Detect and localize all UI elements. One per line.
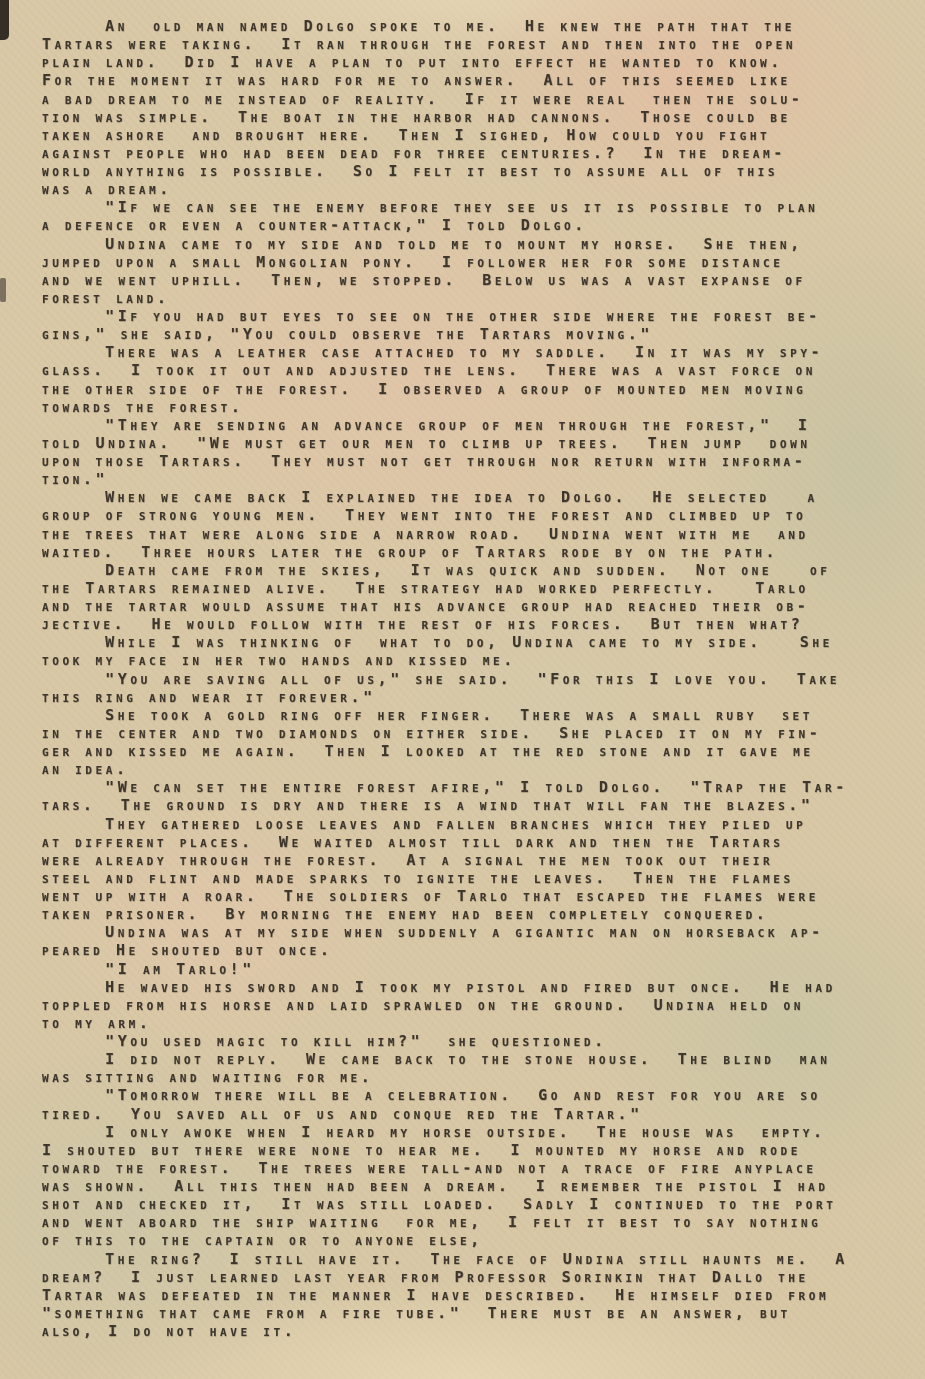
text-line: ger and kissed me again. Then I looked a… [42, 742, 912, 760]
text-line: and the tartar would assume that his adv… [42, 597, 912, 615]
text-line: She took a gold ring off her finger. The… [42, 706, 912, 724]
text-line: tion was simple. The boat in the harbor … [42, 108, 912, 126]
text-line: toppled from his horse and laid sprawled… [42, 996, 912, 1014]
text-line: also, I do not have it. [42, 1322, 912, 1340]
text-line: an idea. [42, 760, 912, 778]
text-line: world anything is possible. So I felt it… [42, 162, 912, 180]
text-line: was a dream. [42, 180, 912, 198]
text-line: "Tomorrow there will be a celebration. G… [42, 1086, 912, 1104]
text-line: tired. You saved all of us and conque re… [42, 1105, 912, 1123]
text-line: tars. The ground is dry and there is a w… [42, 796, 912, 814]
text-line: dream? I just learned last year from Pro… [42, 1268, 912, 1286]
text-line: I shouted but there were none to hear me… [42, 1141, 912, 1159]
text-line: told Undina. "We must get our men to cli… [42, 434, 912, 452]
text-line: peared He shouted but once. [42, 941, 912, 959]
page-edge-ink-mark-top [0, 0, 9, 40]
text-line: the trees that were along side a narrow … [42, 525, 912, 543]
text-line: They gathered loose leaves and fallen br… [42, 815, 912, 833]
text-line: I did not reply. We came back to the sto… [42, 1050, 912, 1068]
text-line: in the center and two diamonds on either… [42, 724, 912, 742]
text-line: "You are saving all of us," she said. "F… [42, 670, 912, 688]
text-line: Undina came to my side and told me to mo… [42, 235, 912, 253]
text-line: went up with a roar. The soldiers of Tar… [42, 887, 912, 905]
text-line: jective. He would follow with the rest o… [42, 615, 912, 633]
text-line: shot and checked it, It was still loaded… [42, 1195, 912, 1213]
text-line: and went aboard the ship waiting for me,… [42, 1213, 912, 1231]
text-line: "We can set the entire forest afire," I … [42, 778, 912, 796]
text-line: Undina was at my side when suddenly a gi… [42, 923, 912, 941]
text-line: upon those Tartars. They must not get th… [42, 452, 912, 470]
text-line: against people who had been dead for thr… [42, 144, 912, 162]
page-edge-ink-mark-mid [0, 278, 6, 302]
text-line: An old man named Dolgo spoke to me. He k… [42, 17, 912, 35]
text-line: taken ashore and brought here. Then I si… [42, 126, 912, 144]
text-line: He waved his sword and I took my pistol … [42, 978, 912, 996]
text-line: to my arm. [42, 1014, 912, 1032]
text-line: plain land. Did I have a plan to put int… [42, 53, 912, 71]
text-line: was shown. All this then had been a drea… [42, 1177, 912, 1195]
text-line: forest land. [42, 289, 912, 307]
text-line: and we went uphill. Then, we stopped. Be… [42, 271, 912, 289]
text-line: waited. Three hours later the group of T… [42, 543, 912, 561]
text-line: "You used magic to kill him?" she questi… [42, 1032, 912, 1050]
text-line: a bad dream to me instead of reality. If… [42, 90, 912, 108]
text-line: were already through the forest. At a si… [42, 851, 912, 869]
text-line: taken prisoner. By morning the enemy had… [42, 905, 912, 923]
text-line: "They are sending an advance group of me… [42, 416, 912, 434]
text-line: towards the forest. [42, 398, 912, 416]
aged-paper-page: An old man named Dolgo spoke to me. He k… [0, 0, 925, 1379]
text-line: Death came from the skies, It was quick … [42, 561, 912, 579]
text-line: When we came back I explained the idea t… [42, 488, 912, 506]
text-line: toward the forest. The trees were tall-a… [42, 1159, 912, 1177]
text-line: While I was thinking of what to do, Undi… [42, 633, 912, 651]
text-line: The ring? I still have it. The face of U… [42, 1250, 912, 1268]
text-line: gins," she said, "You could observe the … [42, 325, 912, 343]
text-line: the other side of the forest. I observed… [42, 380, 912, 398]
text-line: There was a leather case attached to my … [42, 343, 912, 361]
text-line: was sitting and waiting for me. [42, 1068, 912, 1086]
text-line: group of strong young men. They went int… [42, 506, 912, 524]
text-line: "If you had but eyes to see on the other… [42, 307, 912, 325]
text-line: "If we can see the enemy before they see… [42, 198, 912, 216]
text-line: a defence or even a counter-attack," I t… [42, 216, 912, 234]
text-line: steel and flint and made sparks to ignit… [42, 869, 912, 887]
text-line: tion." [42, 470, 912, 488]
text-line: at different places. We waited almost ti… [42, 833, 912, 851]
text-line: the Tartars remained alive. The strategy… [42, 579, 912, 597]
text-line: of this to the captain or to anyone else… [42, 1231, 912, 1249]
text-line: jumped upon a small Mongolian pony. I fo… [42, 253, 912, 271]
story-text-block: An old man named Dolgo spoke to me. He k… [42, 17, 912, 1340]
text-line: Tartars were taking. It ran through the … [42, 35, 912, 53]
text-line: For the moment it was hard for me to ans… [42, 71, 912, 89]
text-line: this ring and wear it forever." [42, 688, 912, 706]
text-line: Tartar was defeated in the manner I have… [42, 1286, 912, 1304]
text-line: took my face in her two hands and kissed… [42, 651, 912, 669]
text-line: "something that came from a fire tube." … [42, 1304, 912, 1322]
text-line: glass. I took it out and adjusted the le… [42, 361, 912, 379]
text-line: "I am Tarlo!" [42, 960, 912, 978]
text-line: I only awoke when I heard my horse outsi… [42, 1123, 912, 1141]
